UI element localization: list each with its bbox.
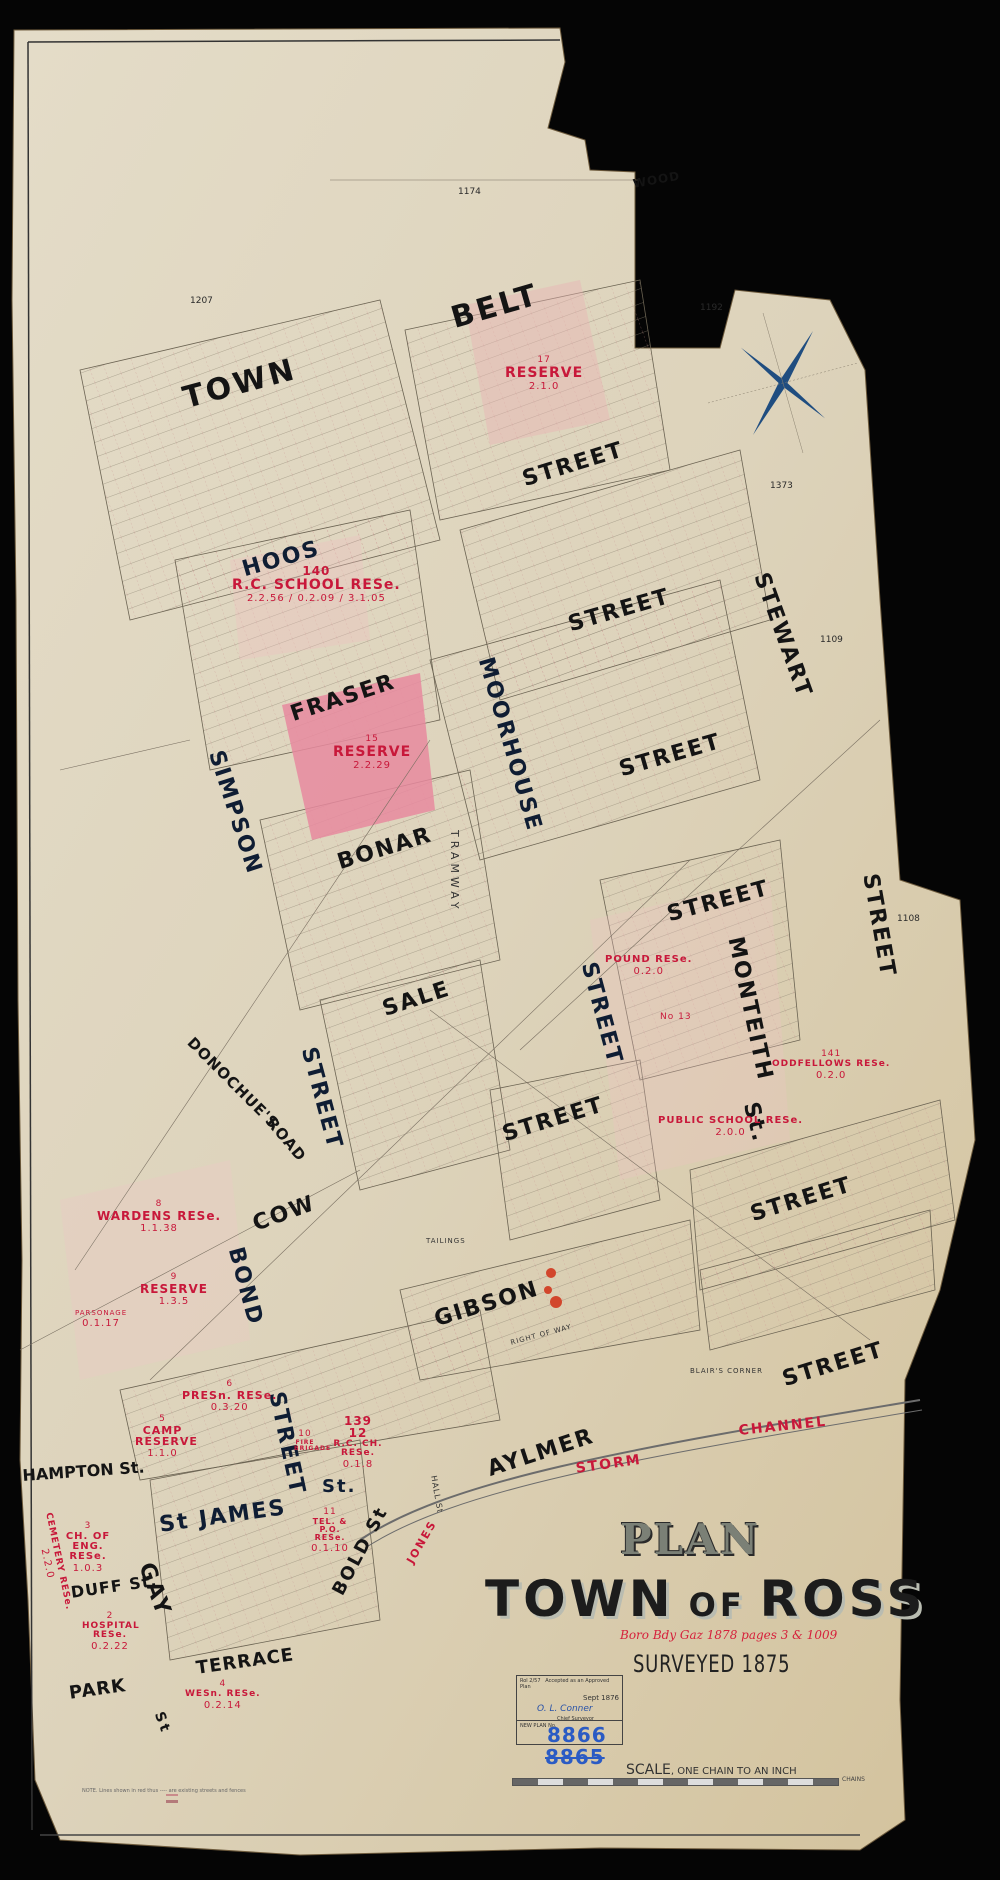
- reserve-parsonage: PARSONAGE 0.1.17: [75, 1310, 127, 1329]
- reserve-area: 0.1.8: [333, 1460, 383, 1470]
- section-number: 1373: [770, 482, 793, 491]
- reserve-area: 0.2.0: [772, 1071, 890, 1081]
- reserve-rc-school: 140 R.C. SCHOOL RESe. 2.2.56 / 0.2.09 / …: [232, 565, 401, 604]
- reserve-number: 139 12: [333, 1415, 383, 1439]
- title-town-of-ross: TOWNOFROSS: [485, 1570, 926, 1628]
- reserve-area: 1.1.38: [97, 1224, 221, 1234]
- reserve-name: PRESn. RESe.: [182, 1389, 277, 1402]
- reserve-13: No 13: [660, 1013, 692, 1022]
- reserve-area: 1.3.5: [140, 1297, 208, 1307]
- reserve-name: RESERVE: [505, 365, 583, 381]
- reserve-name: CH. OF ENG. RESe.: [66, 1531, 110, 1562]
- section-number: 1109: [820, 636, 843, 645]
- surveyed-date: SURVEYED 1875: [633, 1650, 790, 1678]
- section-number: 1192: [700, 304, 723, 313]
- reserve-number: 17: [505, 356, 583, 365]
- title-plan: PLAN: [620, 1515, 760, 1564]
- stamp-date: Sept 1876: [517, 1692, 622, 1704]
- reserve-area: 2.2.29: [333, 761, 411, 771]
- reserve-name: PUBLIC SCHOOL RESe.: [658, 1115, 803, 1126]
- title-of: OF: [689, 1586, 746, 1624]
- reserve-wardens: 8 WARDENS RESe. 1.1.38: [97, 1200, 221, 1234]
- reserve-area: 0.2.14: [185, 1701, 261, 1711]
- reserve-number: 2: [82, 1612, 138, 1621]
- plan-number: 8866: [547, 1723, 607, 1747]
- legend-note: NOTE. Lines shown in red thus ---- are e…: [82, 1788, 246, 1794]
- old-plan-number: 8865: [545, 1745, 605, 1769]
- title-ross: ROSS: [760, 1570, 927, 1628]
- reserve-number: 10: [294, 1430, 316, 1439]
- street-label-tramway: TRAMWAY: [449, 830, 460, 913]
- annotation-tailings: TAILINGS: [426, 1238, 466, 1245]
- reserve-number: 3: [58, 1522, 118, 1531]
- reserve-area: 0.1.17: [75, 1319, 127, 1329]
- reserve-number: 140: [232, 565, 401, 577]
- scale-label: SCALE, ONE CHAIN TO AN INCH: [626, 1762, 797, 1778]
- reserve-pound: POUND RESe. 0.2.0: [605, 955, 692, 977]
- reserve-camp: 5 CAMP RESERVE 1.1.0: [135, 1415, 190, 1459]
- new-plan-box: NEW PLAN No. 8866: [517, 1720, 622, 1743]
- reserve-number: 15: [333, 735, 411, 744]
- reserve-area: 2.0.0: [658, 1128, 803, 1138]
- reserve-number: 9: [140, 1273, 208, 1282]
- reserve-name: R.C. SCHOOL RESe.: [232, 577, 401, 593]
- reserve-area: 1.0.3: [58, 1564, 118, 1574]
- gazette-note: Boro Bdy Gaz 1878 pages 3 & 1009: [620, 1628, 837, 1642]
- reserve-name: R.C. CH. RESe.: [333, 1439, 382, 1458]
- reserve-name: RESERVE: [333, 744, 411, 760]
- reserve-name: HOSPITAL RESe.: [82, 1621, 140, 1640]
- reserve-9: 9 RESERVE 1.3.5: [140, 1273, 208, 1307]
- reserve-number: 5: [135, 1415, 190, 1424]
- reserve-number: 8: [97, 1200, 221, 1209]
- reserve-number: 4: [185, 1680, 261, 1689]
- reserve-oddfellows: 141 ODDFELLOWS RESe. 0.2.0: [772, 1050, 890, 1081]
- title-town: TOWN: [485, 1570, 675, 1628]
- reserve-name: TEL. & P.O. RESe.: [313, 1517, 348, 1542]
- reserve-area: 0.3.20: [182, 1403, 277, 1413]
- reserve-rc-church: 139 12 R.C. CH. RESe. 0.1.8: [333, 1415, 383, 1470]
- reserve-name: WARDENS RESe.: [97, 1209, 221, 1223]
- stamp-ref-line: Rol 2/57 Accepted as an Approved Plan: [517, 1676, 622, 1692]
- reserve-telegraph-post-office: 11 TEL. & P.O. RESe. 0.1.10: [308, 1508, 352, 1554]
- reserve-church-of-england: 3 CH. OF ENG. RESe. 1.0.3: [58, 1522, 118, 1574]
- reserve-name: CAMP RESERVE: [135, 1424, 198, 1448]
- stamp-signature: O. L. Conner: [517, 1704, 622, 1714]
- reserve-name: RESERVE: [140, 1282, 208, 1296]
- reserve-name: ODDFELLOWS RESe.: [772, 1059, 890, 1069]
- reserve-wesleyan: 4 WESn. RESe. 0.2.14: [185, 1680, 261, 1711]
- reserve-number: 141: [772, 1050, 890, 1059]
- reserve-area: 1.1.0: [135, 1449, 190, 1459]
- scale-unit: CHAINS: [842, 1776, 865, 1783]
- reserve-15: 15 RESERVE 2.2.29: [333, 735, 411, 771]
- reserve-fire-brigade: 10 FIRE BRIGADE: [294, 1430, 316, 1452]
- reserve-area: 0.2.0: [605, 967, 692, 977]
- approval-stamp: Rol 2/57 Accepted as an Approved Plan Se…: [516, 1675, 623, 1745]
- reserve-area: 0.2.22: [82, 1642, 138, 1652]
- reserve-name: POUND RESe.: [605, 954, 692, 965]
- reserve-public-school: PUBLIC SCHOOL RESe. 2.0.0: [658, 1116, 803, 1138]
- scale-text: ONE CHAIN TO AN INCH: [677, 1766, 796, 1777]
- section-number: 1207: [190, 297, 213, 306]
- annotation-blairs-corner: BLAIR'S CORNER: [690, 1368, 763, 1375]
- reserve-hospital: 2 HOSPITAL RESe. 0.2.22: [82, 1612, 138, 1652]
- reserve-area: 0.1.10: [308, 1544, 352, 1554]
- reserve-area: 2.2.56 / 0.2.09 / 3.1.05: [232, 594, 401, 604]
- reserve-17: 17 RESERVE 2.1.0: [505, 356, 583, 392]
- street-label-st: St.: [322, 1478, 356, 1496]
- reserve-name: PARSONAGE: [75, 1309, 127, 1317]
- section-number: 1174: [458, 188, 481, 197]
- section-number: 1108: [897, 915, 920, 924]
- reserve-number: 11: [308, 1508, 352, 1517]
- scale-bar: [512, 1778, 839, 1786]
- reserve-name: WESn. RESe.: [185, 1689, 261, 1699]
- reserve-area: 2.1.0: [505, 382, 583, 392]
- reserve-presbyterian: 6 PRESn. RESe. 0.3.20: [182, 1380, 277, 1413]
- scale-title: SCALE: [626, 1762, 671, 1778]
- reserve-number: 6: [182, 1380, 277, 1389]
